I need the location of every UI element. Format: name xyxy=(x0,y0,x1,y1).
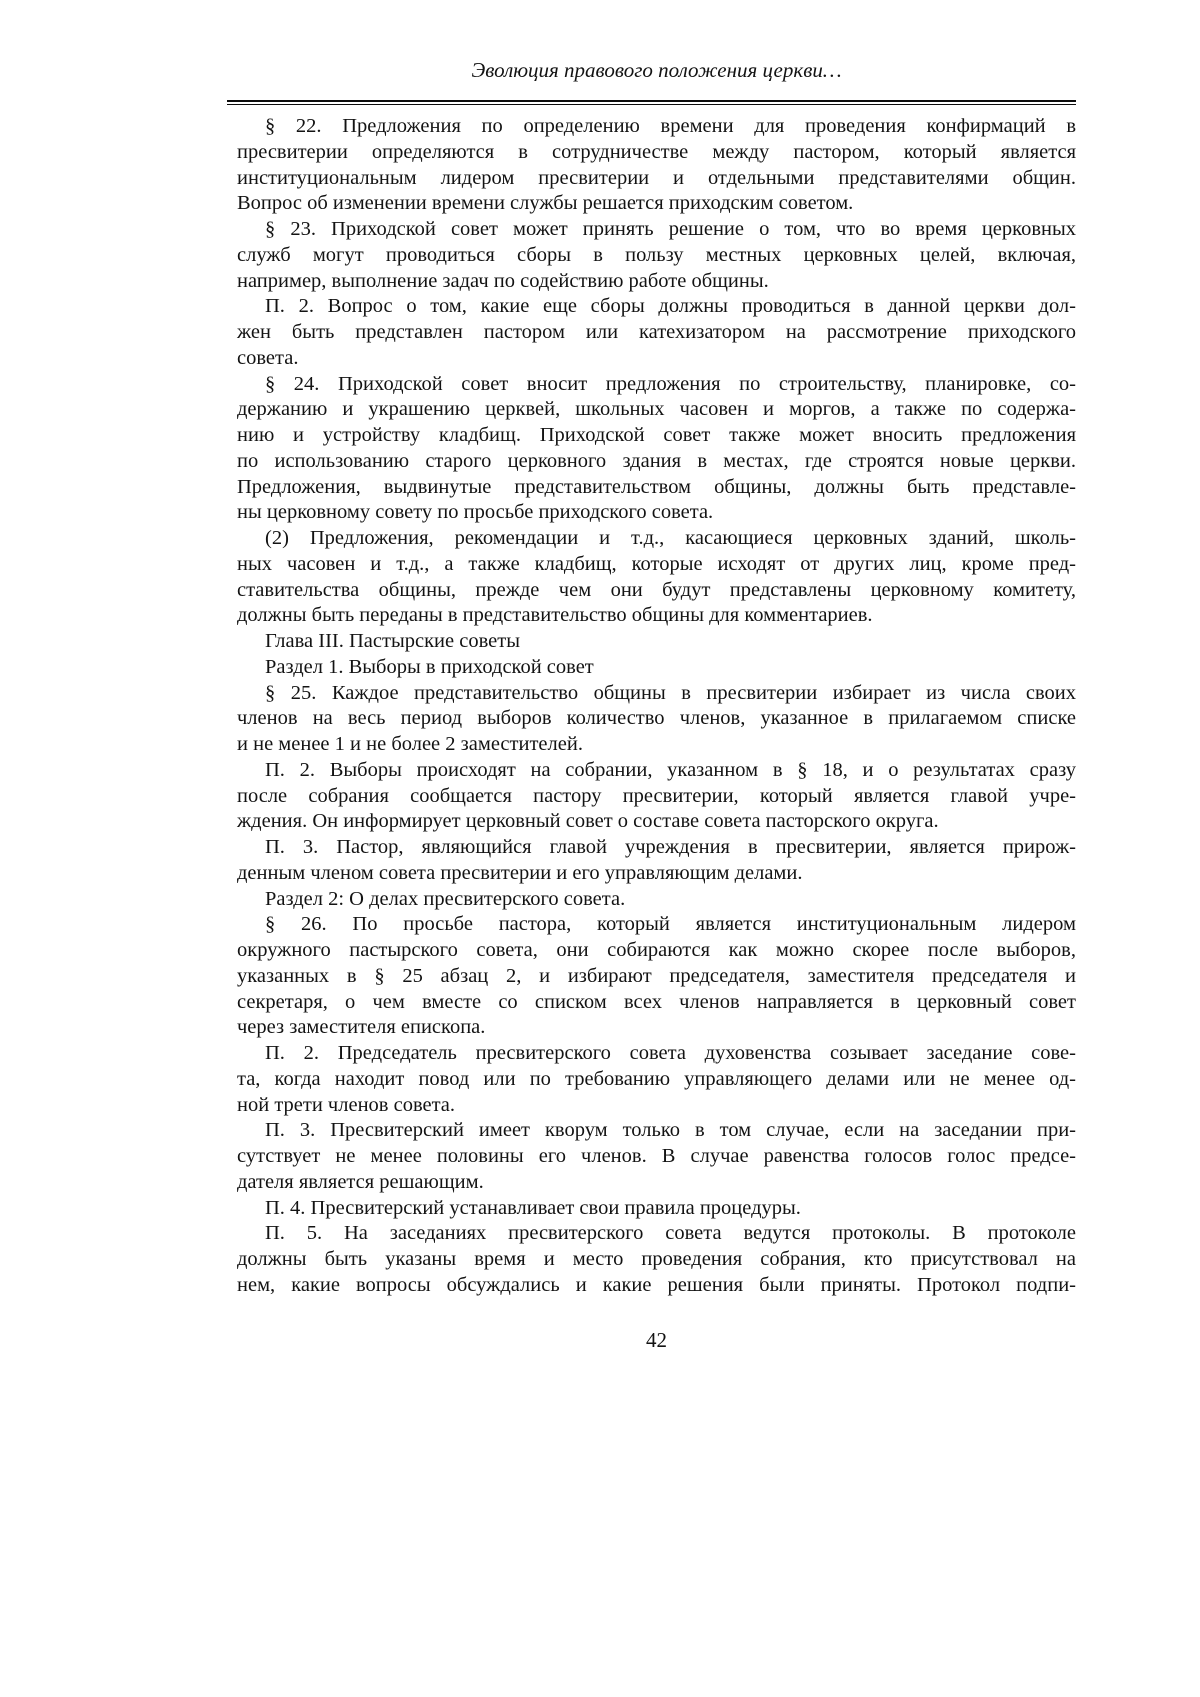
text-line: должны быть указаны время и место провед… xyxy=(237,1247,1076,1273)
text-line: секретаря, о чем вместе со списком всех … xyxy=(237,990,1076,1016)
text-line: (2) Предложения, рекомендации и т.д., ка… xyxy=(237,526,1076,552)
text-line: институциональным лидером пресвитерии и … xyxy=(237,166,1076,192)
text-line: § 26. По просьбе пастора, который являет… xyxy=(237,912,1076,938)
text-line: членов на весь период выборов количество… xyxy=(237,706,1076,732)
text-line: Глава III. Пастырские советы xyxy=(237,629,1076,655)
text-line: окружного пастырского совета, они собира… xyxy=(237,938,1076,964)
document-page: Эволюция правового положения церкви… § 2… xyxy=(0,0,1200,1697)
text-line: Вопрос об изменении времени службы решае… xyxy=(237,191,1076,217)
body-text: § 22. Предложения по определению времени… xyxy=(237,114,1076,1299)
text-line: по использованию старого церковного здан… xyxy=(237,449,1076,475)
text-line: ждения. Он информирует церковный совет о… xyxy=(237,809,1076,835)
text-line: после собрания сообщается пастору пресви… xyxy=(237,784,1076,810)
text-line: § 24. Приходской совет вносит предложени… xyxy=(237,372,1076,398)
text-line: нию и устройству кладбищ. Приходской сов… xyxy=(237,423,1076,449)
text-line: Раздел 1. Выборы в приходской совет xyxy=(237,655,1076,681)
text-line: П. 2. Выборы происходят на собрании, ука… xyxy=(237,758,1076,784)
running-header-title: Эволюция правового положения церкви… xyxy=(237,56,1076,84)
text-line: сутствует не менее половины его членов. … xyxy=(237,1144,1076,1170)
text-line: Раздел 2: О делах пресвитерского совета. xyxy=(237,887,1076,913)
text-line: должны быть переданы в представительство… xyxy=(237,603,1076,629)
text-line: П. 5. На заседаниях пресвитерского совет… xyxy=(237,1221,1076,1247)
text-line: через заместителя епископа. xyxy=(237,1015,1076,1041)
text-line: например, выполнение задач по содействию… xyxy=(237,269,1076,295)
text-line: нем, какие вопросы обсуждались и какие р… xyxy=(237,1273,1076,1299)
text-line: денным членом совета пресвитерии и его у… xyxy=(237,861,1076,887)
text-line: дателя является решающим. xyxy=(237,1170,1076,1196)
text-line: ных часовен и т.д., а также кладбищ, кот… xyxy=(237,552,1076,578)
text-line: ны церковному совету по просьбе приходск… xyxy=(237,500,1076,526)
text-line: та, когда находит повод или по требовани… xyxy=(237,1067,1076,1093)
text-line: и не менее 1 и не более 2 заместителей. xyxy=(237,732,1076,758)
text-line: П. 2. Председатель пресвитерского совета… xyxy=(237,1041,1076,1067)
text-line: пресвитерии определяются в сотрудничеств… xyxy=(237,140,1076,166)
text-line: ной трети членов совета. xyxy=(237,1093,1076,1119)
text-line: совета. xyxy=(237,346,1076,372)
text-line: § 25. Каждое представительство общины в … xyxy=(237,681,1076,707)
text-line: П. 3. Пастор, являющийся главой учрежден… xyxy=(237,835,1076,861)
text-line: П. 2. Вопрос о том, какие еще сборы долж… xyxy=(237,294,1076,320)
page-number: 42 xyxy=(237,1327,1076,1353)
text-line: указанных в § 25 абзац 2, и избирают пре… xyxy=(237,964,1076,990)
text-line: П. 4. Пресвитерский устанавливает свои п… xyxy=(237,1196,1076,1222)
header-rule-divider xyxy=(227,100,1076,105)
text-line: § 23. Приходской совет может принять реш… xyxy=(237,217,1076,243)
text-line: служб могут проводиться сборы в пользу м… xyxy=(237,243,1076,269)
text-line: жен быть представлен пастором или катехи… xyxy=(237,320,1076,346)
text-line: § 22. Предложения по определению времени… xyxy=(237,114,1076,140)
text-line: П. 3. Пресвитерский имеет кворум только … xyxy=(237,1118,1076,1144)
text-line: Предложения, выдвинутые представительств… xyxy=(237,475,1076,501)
text-line: держанию и украшению церквей, школьных ч… xyxy=(237,397,1076,423)
text-line: ставительства общины, прежде чем они буд… xyxy=(237,578,1076,604)
